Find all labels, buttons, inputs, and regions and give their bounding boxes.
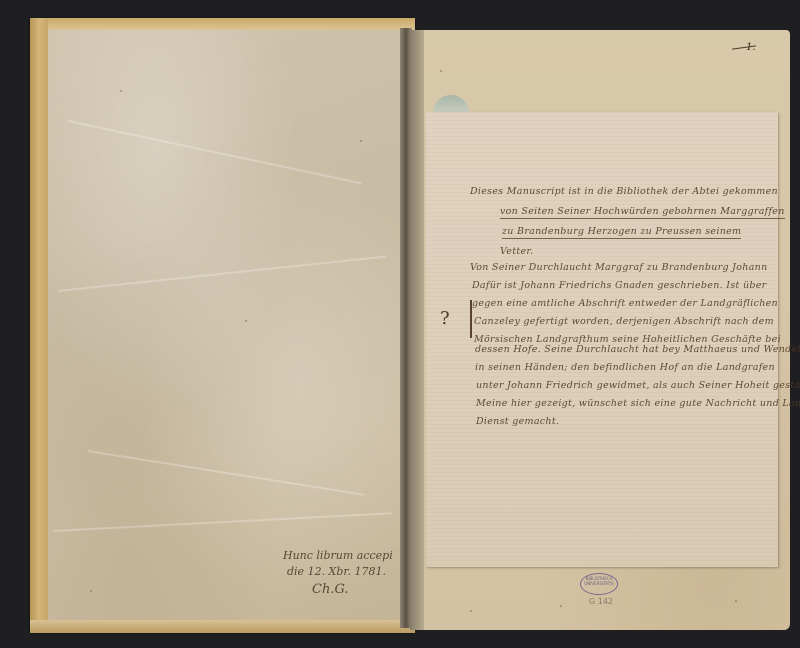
handwritten-line: unter Johann Friedrich gewidmet, als auc… bbox=[476, 380, 800, 391]
left-top-edge bbox=[30, 18, 415, 30]
handwritten-line: dessen Hofe. Seine Durchlaucht hat bey M… bbox=[475, 344, 800, 355]
left-pastedown-page bbox=[48, 30, 406, 620]
acquisition-note-line: die 12. Xbr. 1781. bbox=[287, 565, 386, 578]
page-gutter bbox=[410, 30, 424, 630]
handwritten-line: Meine hier gezeigt, wünschet sich eine g… bbox=[476, 398, 800, 409]
handwritten-line: von Seiten Seiner Hochwürden gebohrnen M… bbox=[500, 206, 785, 219]
handwritten-line: Canzeley gefertigt worden, derjenigen Ab… bbox=[474, 316, 774, 327]
page-number: 1. bbox=[746, 42, 756, 53]
paper-crease bbox=[68, 120, 362, 184]
left-bottom-edge bbox=[30, 620, 415, 633]
manuscript-spread: Hunc librum accepi die 12. Xbr. 1781. Ch… bbox=[0, 0, 800, 648]
paper-crease bbox=[58, 256, 386, 292]
margin-bracket bbox=[470, 300, 472, 338]
shelfmark: G 142 bbox=[589, 597, 613, 606]
handwritten-line: in seinen Händen; den befindlichen Hof a… bbox=[475, 362, 775, 373]
paper-crease bbox=[88, 450, 365, 496]
handwritten-line: Dafür ist Johann Friedrichs Gnaden gesch… bbox=[472, 280, 767, 291]
paper-crease bbox=[53, 512, 393, 532]
library-stamp: BIBLIOTHECA UNIVERSITATIS bbox=[580, 573, 618, 595]
acquisition-note-line: Ch.G. bbox=[312, 582, 349, 597]
handwritten-line: Vetter. bbox=[500, 246, 534, 257]
left-outer-edge bbox=[30, 18, 48, 633]
handwritten-line: Dienst gemacht. bbox=[476, 416, 559, 427]
handwritten-line: Von Seiner Durchlaucht Marggraf zu Brand… bbox=[470, 262, 768, 273]
margin-question-mark: ? bbox=[440, 308, 450, 329]
handwritten-line: Dieses Manuscript ist in die Bibliothek … bbox=[470, 186, 778, 197]
acquisition-note-line: Hunc librum accepi bbox=[283, 549, 393, 562]
handwritten-line: gegen eine amtliche Abschrift entweder d… bbox=[472, 298, 778, 309]
handwritten-line: zu Brandenburg Herzogen zu Preussen sein… bbox=[502, 226, 741, 239]
